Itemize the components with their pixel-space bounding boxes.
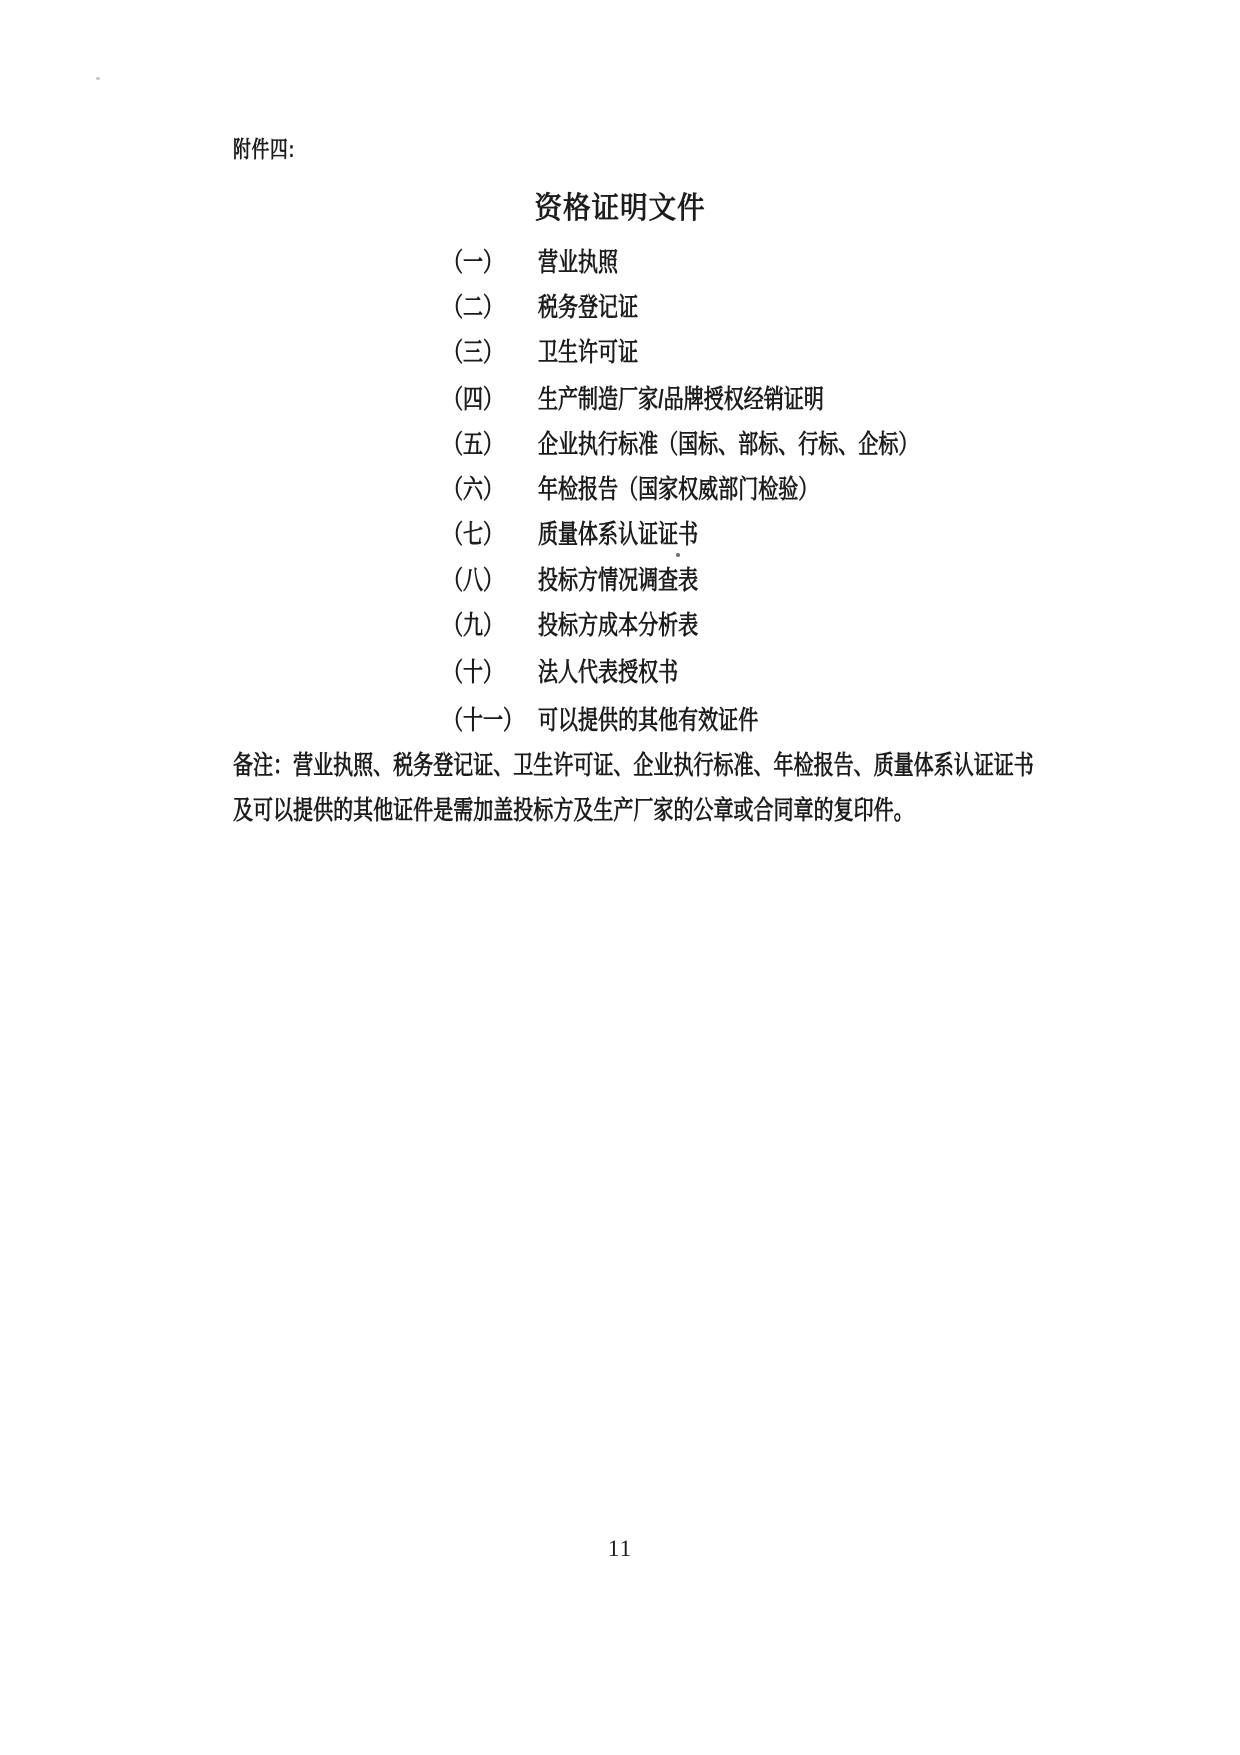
item-number: （七） — [443, 514, 503, 551]
list-item: （二） 税务登记证 — [0, 287, 1240, 315]
page-number: 11 — [0, 1536, 1240, 1562]
item-text: 投标方情况调查表 — [538, 560, 698, 597]
document-page: 附件四: 资格证明文件 （一） 营业执照 （二） 税务登记证 （三） 卫生许可证… — [0, 0, 1240, 1755]
item-number: （九） — [443, 605, 503, 642]
item-number: （一） — [443, 242, 503, 279]
item-text: 投标方成本分析表 — [538, 605, 698, 642]
item-text: 生产制造厂家/品牌授权经销证明 — [538, 379, 824, 416]
item-number: （五） — [443, 424, 503, 461]
item-number: （六） — [443, 469, 503, 506]
list-item: （四） 生产制造厂家/品牌授权经销证明 — [0, 379, 1240, 407]
remark-line-1-text: 备注：营业执照、税务登记证、卫生许可证、企业执行标准、年检报告、质量体系认证证书 — [233, 745, 1034, 782]
item-text: 营业执照 — [538, 242, 618, 279]
list-item: （八） 投标方情况调查表 — [0, 560, 1240, 588]
list-item: （六） 年检报告（国家权威部门检验） — [0, 469, 1240, 497]
item-number: （八） — [443, 560, 503, 597]
item-number: （十一） — [443, 700, 523, 737]
remark-line-1: 备注：营业执照、税务登记证、卫生许可证、企业执行标准、年检报告、质量体系认证证书 — [233, 745, 1240, 782]
item-text: 年检报告（国家权威部门检验） — [538, 469, 818, 506]
item-number: （二） — [443, 287, 503, 324]
list-item: （十一） 可以提供的其他有效证件 — [0, 700, 1240, 728]
list-item: （十） 法人代表授权书 — [0, 652, 1240, 680]
item-text: 卫生许可证 — [538, 332, 638, 369]
list-item: （三） 卫生许可证 — [0, 332, 1240, 360]
item-text: 企业执行标准（国标、部标、行标、企标） — [538, 424, 918, 461]
item-number: （四） — [443, 379, 503, 416]
list-item: （九） 投标方成本分析表 — [0, 605, 1240, 633]
qualification-list: （一） 营业执照 （二） 税务登记证 （三） 卫生许可证 （四） 生产制造厂家/… — [0, 0, 1240, 1755]
remark-line-2-text: 及可以提供的其他证件是需加盖投标方及生产厂家的公章或合同章的复印件。 — [233, 790, 914, 827]
item-number: （三） — [443, 332, 503, 369]
item-text: 可以提供的其他有效证件 — [538, 700, 758, 737]
remark-line-2: 及可以提供的其他证件是需加盖投标方及生产厂家的公章或合同章的复印件。 — [233, 790, 1117, 827]
item-text: 质量体系认证证书 — [538, 514, 698, 551]
item-number: （十） — [443, 652, 503, 689]
list-item: （一） 营业执照 — [0, 242, 1240, 270]
item-text: 税务登记证 — [538, 287, 638, 324]
list-item: （五） 企业执行标准（国标、部标、行标、企标） — [0, 424, 1240, 452]
item-text: 法人代表授权书 — [538, 652, 678, 689]
list-item: （七） 质量体系认证证书 — [0, 514, 1240, 542]
